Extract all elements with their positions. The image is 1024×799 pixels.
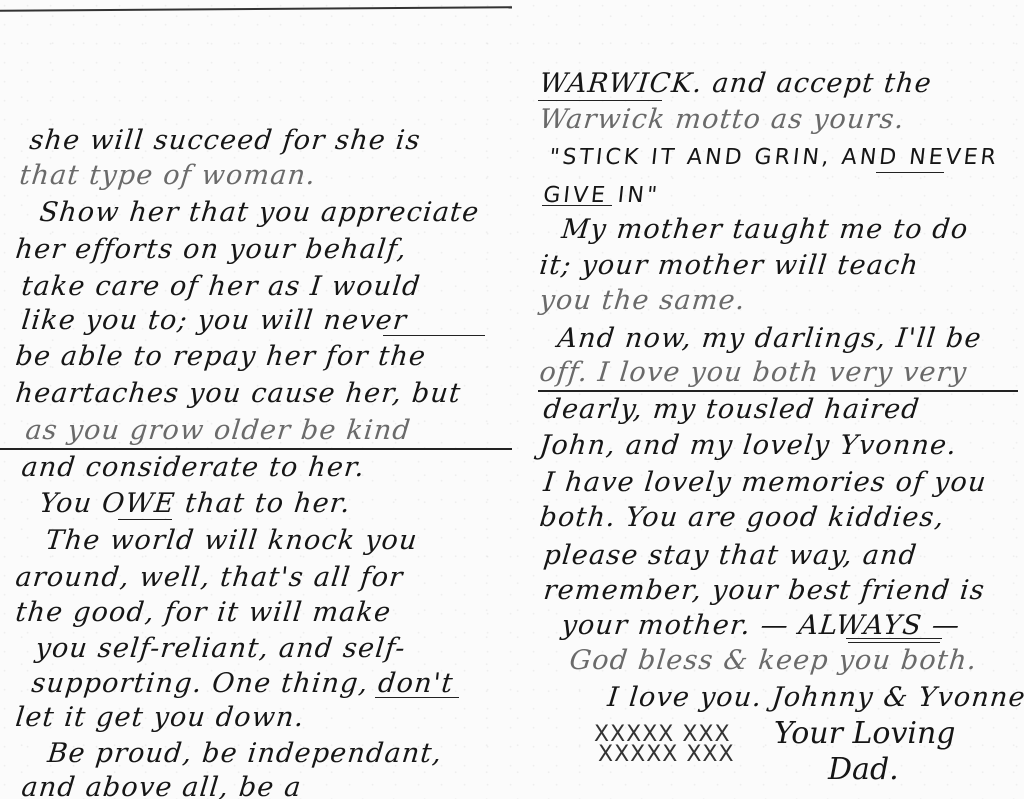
letter-line: WARWICK. and accept the [538, 68, 934, 99]
letter-line: Warwick motto as yours. [538, 104, 906, 135]
divider-rule [0, 448, 512, 450]
letter-line: and above all, be a [20, 772, 303, 799]
letter-line: that type of woman. [18, 160, 318, 191]
letter-line: You OWE that to her. [38, 488, 352, 519]
letter-line: dearly, my tousled haired [542, 394, 922, 425]
letter-line: God bless & keep you both. [568, 645, 979, 676]
underline-never [383, 335, 485, 336]
closing: Your Loving [774, 716, 956, 751]
underline-always [846, 638, 942, 639]
letter-line: John, and my lovely Yvonne. [538, 430, 959, 461]
letter-line: your mother. — ALWAYS — [560, 610, 962, 641]
letter-line: And now, my darlings, I'll be [556, 323, 983, 354]
letter-line: The world will knock you [44, 525, 419, 556]
underline-warwick [538, 100, 662, 101]
letter-line: heartaches you cause her, but [14, 378, 463, 409]
underline-dont [375, 697, 459, 698]
text-segment: like you to; you will never [20, 305, 409, 336]
letter-line: both. You are good kiddies, [538, 502, 946, 533]
letter-line: remember, your best friend is [542, 575, 987, 606]
letter-line: off. I love you both very very [538, 357, 969, 388]
letter-line: supporting. One thing, don't [30, 668, 455, 699]
letter-line: take care of her as I would [20, 271, 422, 302]
letter-line: she will succeed for she is [28, 125, 422, 156]
letter-line: "STICK IT AND GRIN, AND NEVER [548, 145, 1000, 170]
letter-line: you self-reliant, and self- [34, 633, 407, 664]
signature: Dad. [828, 752, 899, 787]
letter-page-left: she will succeed for she is that type of… [0, 0, 512, 799]
letter-page-right: WARWICK. and accept the Warwick motto as… [512, 0, 1024, 799]
letter-line: Be proud, be independant, [46, 738, 444, 769]
letter-line: My mother taught me to do [560, 214, 970, 245]
underline-always-double [848, 642, 940, 643]
letter-line: her efforts on your behalf, [14, 234, 409, 265]
letter-line: as you grow older be kind [24, 415, 413, 446]
letter-line: I have lovely memories of you [542, 467, 988, 498]
letter-line: like you to; you will never [20, 305, 409, 336]
letter-line: you the same. [538, 285, 747, 316]
letter-line: around, well, that's all for [14, 562, 405, 593]
letter-line: it; your mother will teach [538, 250, 921, 281]
letter-line: the good, for it will make [14, 597, 393, 628]
letter-line: please stay that way, and [542, 540, 919, 571]
underline-never-caps [876, 172, 944, 173]
underline-give-in [542, 205, 612, 206]
letter-line: and considerate to her. [20, 452, 367, 483]
letter-line: be able to repay her for the [14, 341, 428, 372]
letter-line: I love you. Johnny & Yvonne. [606, 682, 1024, 713]
underline-owe [118, 519, 172, 520]
letter-line: let it get you down. [14, 702, 306, 733]
divider-rule [538, 390, 1018, 392]
letter-line: Show her that you appreciate [38, 197, 481, 228]
kisses-row: XXXXX XXX [598, 744, 735, 766]
